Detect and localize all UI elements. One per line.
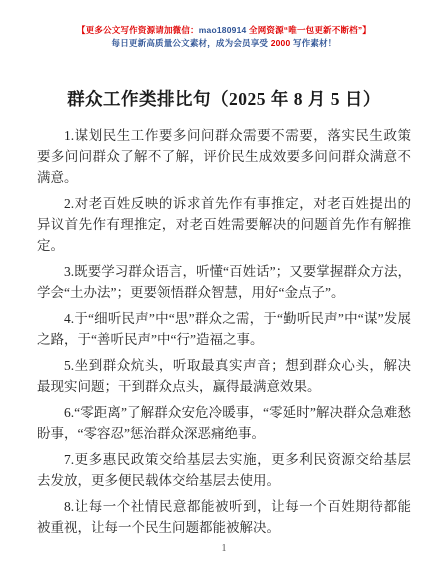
body-paragraph: 1.谋划民生工作要多问问群众需要不需要，落实民生政策要多问问群众了解不了解，评价… [37,125,411,188]
body-paragraph: 6.“零距离”了解群众安危冷暖事，“零延时”解决群众急难愁盼事，“零容忍”惩治群… [37,402,411,444]
document-body: 1.谋划民生工作要多问问群众需要不需要，落实民生政策要多问问群众了解不了解，评价… [0,125,448,538]
promo-wechat-id: mao180914 [199,25,247,35]
promo-header: 【更多公文写作资源请加微信：mao180914 全网资源“唯一包更新不断档”】 … [0,0,448,50]
promo-line1-prefix: 【更多公文写作资源请加微信： [77,25,199,35]
document-page: 【更多公文写作资源请加微信：mao180914 全网资源“唯一包更新不断档”】 … [0,0,448,580]
body-paragraph: 4.于“细听民声”中“思”群众之需，于“勤听民声”中“谋”发展之路，于“善听民声… [37,308,411,350]
body-paragraph: 7.更多惠民政策交给基层去实施，更多利民资源交给基层去发放，更多便民载体交给基层… [37,449,411,491]
promo-header-line1: 【更多公文写作资源请加微信：mao180914 全网资源“唯一包更新不断档”】 [0,24,448,37]
page-number: 1 [0,543,448,554]
promo-line2-suffix: 写作素材！ [290,38,336,48]
promo-line2-number: 2000 [271,38,291,48]
body-paragraph: 5.坐到群众炕头，听取最真实声音；想到群众心头，解决最现实问题；干到群众点头，赢… [37,355,411,397]
body-paragraph: 2.对老百姓反映的诉求首先作有事推定，对老百姓提出的异议首先作有理推定，对老百姓… [37,193,411,256]
body-paragraph: 3.既要学习群众语言，听懂“百姓话”；又要掌握群众方法，学会“土办法”；更要领悟… [37,261,411,303]
body-paragraph: 8.让每一个社情民意都能被听到，让每一个百姓期待都能被重视，让每一个民生问题都能… [37,496,411,538]
document-title: 群众工作类排比句（2025 年 8 月 5 日） [0,86,448,111]
promo-line2-prefix: 每日更新高质量公文素材，成为会员享受 [112,38,271,48]
promo-header-line2: 每日更新高质量公文素材，成为会员享受 2000 写作素材！ [0,37,448,50]
promo-line1-suffix: 全网资源“唯一包更新不断档”】 [246,25,371,35]
